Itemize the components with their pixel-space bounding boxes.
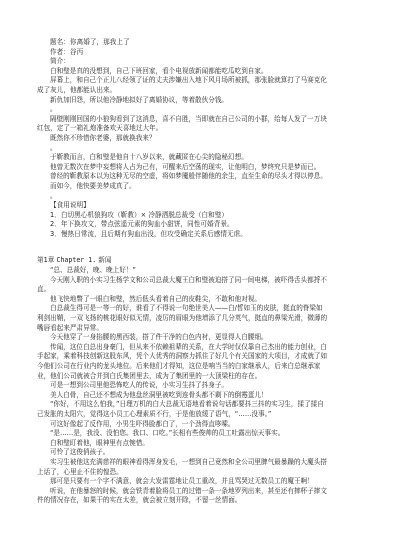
usage-item: 3．慢热日常流，且后期有狗血出没，但攻受确定关系后感情无虐。 (37, 230, 329, 240)
chapter-paragraph: 实习生被他这充满慈祥的眼神看得浑身发毛，一想到自己竟然和全公司里脾气最暴躁的大魔… (37, 458, 329, 477)
intro-paragraph: 既然你不珍惜你老婆，那就换我来？ (37, 134, 329, 144)
usage-item: 2．年下换攻文，带点弦遥元素的狗血小甜饼，同性可婚背景。 (37, 220, 329, 230)
chapter-paragraph: 可是一想到公司里他恐怖吃人的传说，小实习生抖了抖身子。 (37, 381, 329, 391)
chapter-paragraph: 传闻，这位白总出身豪门，但从来不依赖祖辈的关系，在大学时仅仅靠自己杰出的能力创业… (37, 343, 329, 381)
intro-paragraph: 新仇加旧怨，所以他冷静地拟好了离婚协议，等着散伙分钱。 (37, 96, 329, 106)
book-author: 作者：谷丙 (37, 48, 329, 58)
separator-dot: 。 (37, 144, 329, 154)
chapter-prefix: 第1章 (37, 256, 56, 264)
chapter-paragraph: 他飞快地瞥了一眼白和璧，然后低头看着自己的皮鞋尖，不敢和他对视。 (37, 295, 329, 305)
usage-item: 1．白切黑心机狼狗攻（靳教）× 冷静洒脱总裁受（白和璧） (37, 211, 329, 221)
intro-paragraph: 他曾无数次在梦中妄想将人占为己有，可醒来后空荡的现实，让他明白，梦终究只是梦而已… (37, 163, 329, 173)
intro-paragraph: 白和璧是真的没想到，自己下班回家，看个电视放新闻都能吃瓜吃到自家。 (37, 67, 329, 77)
intro-paragraph: 屏幕上，和自己个正儿八经领了证的丈夫涉嫌出入地下风月场所被抓，那张脸就算打了马赛… (37, 76, 329, 95)
chapter-paragraph: 可这好像起了反作用，小男生吓得脸都白了，一个劲得直哆嗦。 (37, 420, 329, 430)
intro-paragraph: 于靳教而言，白和璧是他自十八岁以来，就藏匿在心尖的隐秘幻想。 (37, 153, 329, 163)
chapter-paragraph: 白和璧盯着他，眼神里有点惋惜。 (37, 439, 329, 449)
chapter-paragraph: 今天刚入职的小实习生杨学文和公司总裁大魔王白和璧被迫搭了同一间电梯，被吓得舌头都… (37, 276, 329, 295)
chapter-paragraph: 听说，在他暴怒的时候，就会铁青着脸将员工的过错一条一条地罗列出来，甚至还有摔杯子… (37, 487, 329, 506)
chapter-title: 新闻 (96, 256, 111, 264)
chapter-paragraph: “你好，不用这么怕我，”日理万机的白大总裁无语地看着说句话都要抖三抖的实习生，揉… (37, 400, 329, 419)
book-title: 题名：你离婚了，那我上了 (37, 38, 329, 48)
usage-heading: 【食用说明】 (37, 201, 329, 211)
chapter-en: Chapter 1. (56, 256, 96, 264)
intro-label: 简介： (37, 57, 329, 67)
chapter-paragraph: “总、总裁好，晚、晚上好！” (37, 266, 329, 276)
intro-paragraph: 隔壁刚刚回国的小狼狗看到了这消息，喜不自胜，当即就在自己公司的小群，给每人发了一… (37, 115, 329, 134)
separator-dot: 。 (37, 192, 329, 202)
chapter-paragraph: “是……是，我没、没怕您。我口、口吃。”长相有些俊帅的员工吐露出惊天事实。 (37, 429, 329, 439)
chapter-paragraph: 可怜了这俊俏孩子。 (37, 448, 329, 458)
separator-dot: 。 (37, 105, 329, 115)
chapter-paragraph: 今天他穿了一身掐腰的黑西装，搭了件干净的白色内衬，更显得人白腰细。 (37, 333, 329, 343)
chapter-paragraph: 那可是只要有一个字不满意，就会大发雷霆地让员工重改，并且骂哭过无数员工的魔王啊！ (37, 477, 329, 487)
chapter-heading: 第1章 Chapter 1. 新闻 (37, 256, 329, 266)
intro-paragraph: 而如今，他快要美梦成真了。 (37, 182, 329, 192)
chapter-paragraph: 白总裁生得可是一等一的好，谁看了不得说一句绝世美人——白/皙如玉的皮肤，挺直的脊… (37, 304, 329, 333)
document-body: 题名：你离婚了，那我上了 作者：谷丙 简介： 白和璧是真的没想到，自己下班回家，… (37, 38, 329, 506)
intro-paragraph: 曾经的靳教原本以为这种无尽的空虚，将如梦魇般伴随他的余生，直至生命的尽头才得以停… (37, 172, 329, 182)
chapter-paragraph: 美人白骨，自己还不想成为他盘丝洞里被吃到连骨头都不剩下的倒霉蛋儿！ (37, 391, 329, 401)
document-page: 题名：你离婚了，那我上了 作者：谷丙 简介： 白和璧是真的没想到，自己下班回家，… (0, 0, 400, 533)
